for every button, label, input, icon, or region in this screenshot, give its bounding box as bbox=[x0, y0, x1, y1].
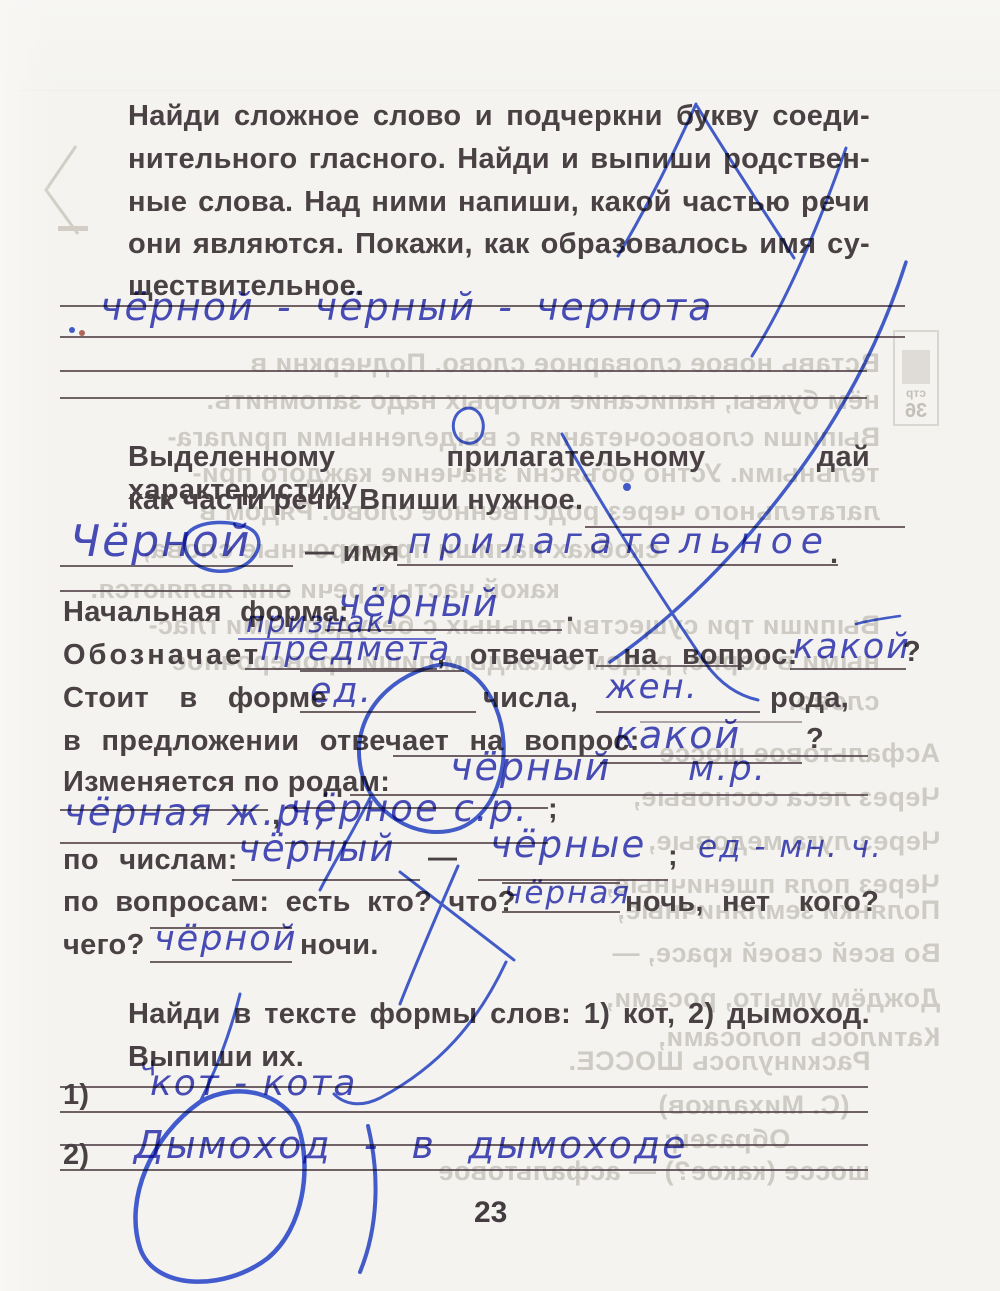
label-number: числа, bbox=[483, 682, 578, 715]
label-dash-imya: — имя bbox=[305, 536, 400, 569]
bleedthrough-line: нём буквы, написание которых надо запомн… bbox=[206, 387, 880, 414]
label-denotes: Обозначает bbox=[63, 639, 261, 672]
handwriting-part-of-speech: прилагательное bbox=[408, 524, 831, 560]
ghost-fragment bbox=[58, 226, 88, 231]
handwriting-singular: чёрный bbox=[238, 830, 396, 867]
label-question-mark: ? bbox=[806, 723, 824, 756]
ruled-line bbox=[60, 1169, 868, 1171]
ruled-line bbox=[60, 370, 867, 372]
answer-blank bbox=[150, 961, 292, 963]
label-period: . bbox=[566, 596, 574, 629]
handwriting-question1: какой bbox=[793, 630, 911, 665]
tab-label-ghost: стр bbox=[906, 386, 926, 400]
handwriting-number-note: ед - мн. ч. bbox=[698, 832, 883, 863]
answer-blank bbox=[502, 911, 620, 913]
ruled-line bbox=[60, 397, 867, 399]
handwriting-related-words: чёрной - чёрный - чернота bbox=[100, 288, 713, 326]
pen-stroke-big-loop bbox=[135, 1091, 304, 1281]
label-whose: чего? bbox=[63, 929, 145, 962]
label-stands-in-form: Стоит в форме bbox=[63, 682, 327, 715]
answer-blank bbox=[397, 564, 838, 566]
label-no-whom: нет кого? bbox=[722, 886, 879, 919]
handwriting-genitive: чёрной bbox=[154, 922, 297, 957]
list-marker-1: 1) bbox=[63, 1079, 89, 1112]
workbook-page: Вставь новое словарное слово. Подчеркни … bbox=[0, 0, 1000, 1291]
bleedthrough-line: Вставь новое словарное слово. Подчеркни … bbox=[250, 350, 880, 377]
bleedthrough-poem-line: Во всей своей красе, — bbox=[612, 940, 940, 967]
task1-line: Найди сложное слово и подчеркни букву со… bbox=[128, 100, 870, 133]
handwriting-masculine-label: м.р. bbox=[688, 752, 767, 787]
handwriting-number-form: ед. bbox=[310, 674, 373, 709]
tab-icon-ghost bbox=[902, 350, 930, 384]
task1-line: нительного гласного. Найди и выпиши родс… bbox=[128, 143, 870, 176]
bleedthrough-poem-line: Через леса сосновые, bbox=[633, 784, 940, 811]
label-night-nom: ночь, bbox=[625, 886, 704, 919]
ruled-line bbox=[60, 590, 290, 592]
label-semicolon: ; bbox=[548, 793, 558, 826]
label-gender: рода, bbox=[770, 682, 849, 715]
handwriting-neuter: чёрное с.р. bbox=[290, 790, 529, 827]
margin-tab-ghost: стр 36 bbox=[893, 330, 939, 426]
chevron-watermark bbox=[46, 146, 78, 234]
handwriting-adjective: Чёрной bbox=[70, 520, 251, 564]
ruled-line bbox=[60, 336, 905, 338]
page-number: 23 bbox=[474, 1196, 507, 1230]
ruled-line bbox=[60, 1111, 868, 1113]
list-marker-2: 2) bbox=[63, 1139, 89, 1172]
answer-blank bbox=[790, 668, 906, 670]
handwriting-plural: чёрные bbox=[490, 826, 646, 863]
pen-stroke-curve bbox=[334, 962, 506, 1104]
task2-line: как части речи. Впиши нужное. bbox=[128, 484, 870, 517]
label-night-gen: ночи. bbox=[300, 929, 379, 962]
handwriting-gender-form: жен. bbox=[606, 670, 699, 704]
label-semicolon: ; bbox=[668, 840, 678, 873]
answer-blank bbox=[232, 879, 420, 881]
label-period: . bbox=[830, 538, 838, 571]
pen-ink-dot bbox=[69, 327, 75, 333]
task1-line: ные слова. Над ними напиши, какой частью… bbox=[128, 186, 870, 219]
handwriting-answer-2: Дымоход - в дымоходе bbox=[134, 1126, 688, 1164]
bleedthrough-poem-line: (С. Михалков) bbox=[658, 1092, 850, 1119]
handwriting-denotes: предмета bbox=[260, 632, 451, 666]
handwriting-accusative: чёрная bbox=[504, 878, 631, 909]
handwriting-masculine: чёрный bbox=[450, 748, 612, 786]
label-dash: — bbox=[428, 842, 457, 875]
tab-number-ghost: 36 bbox=[905, 402, 927, 420]
label-by-numbers: по числам: bbox=[63, 844, 238, 877]
task3-line: Найди в тексте формы слов: 1) кот, 2) ды… bbox=[128, 998, 870, 1031]
label-by-questions: по вопросам: есть кто? что? bbox=[63, 886, 516, 919]
task1-line: они являются. Покажи, как образовалось и… bbox=[128, 228, 870, 261]
handwriting-answer-1: кот - кота bbox=[150, 1066, 357, 1102]
